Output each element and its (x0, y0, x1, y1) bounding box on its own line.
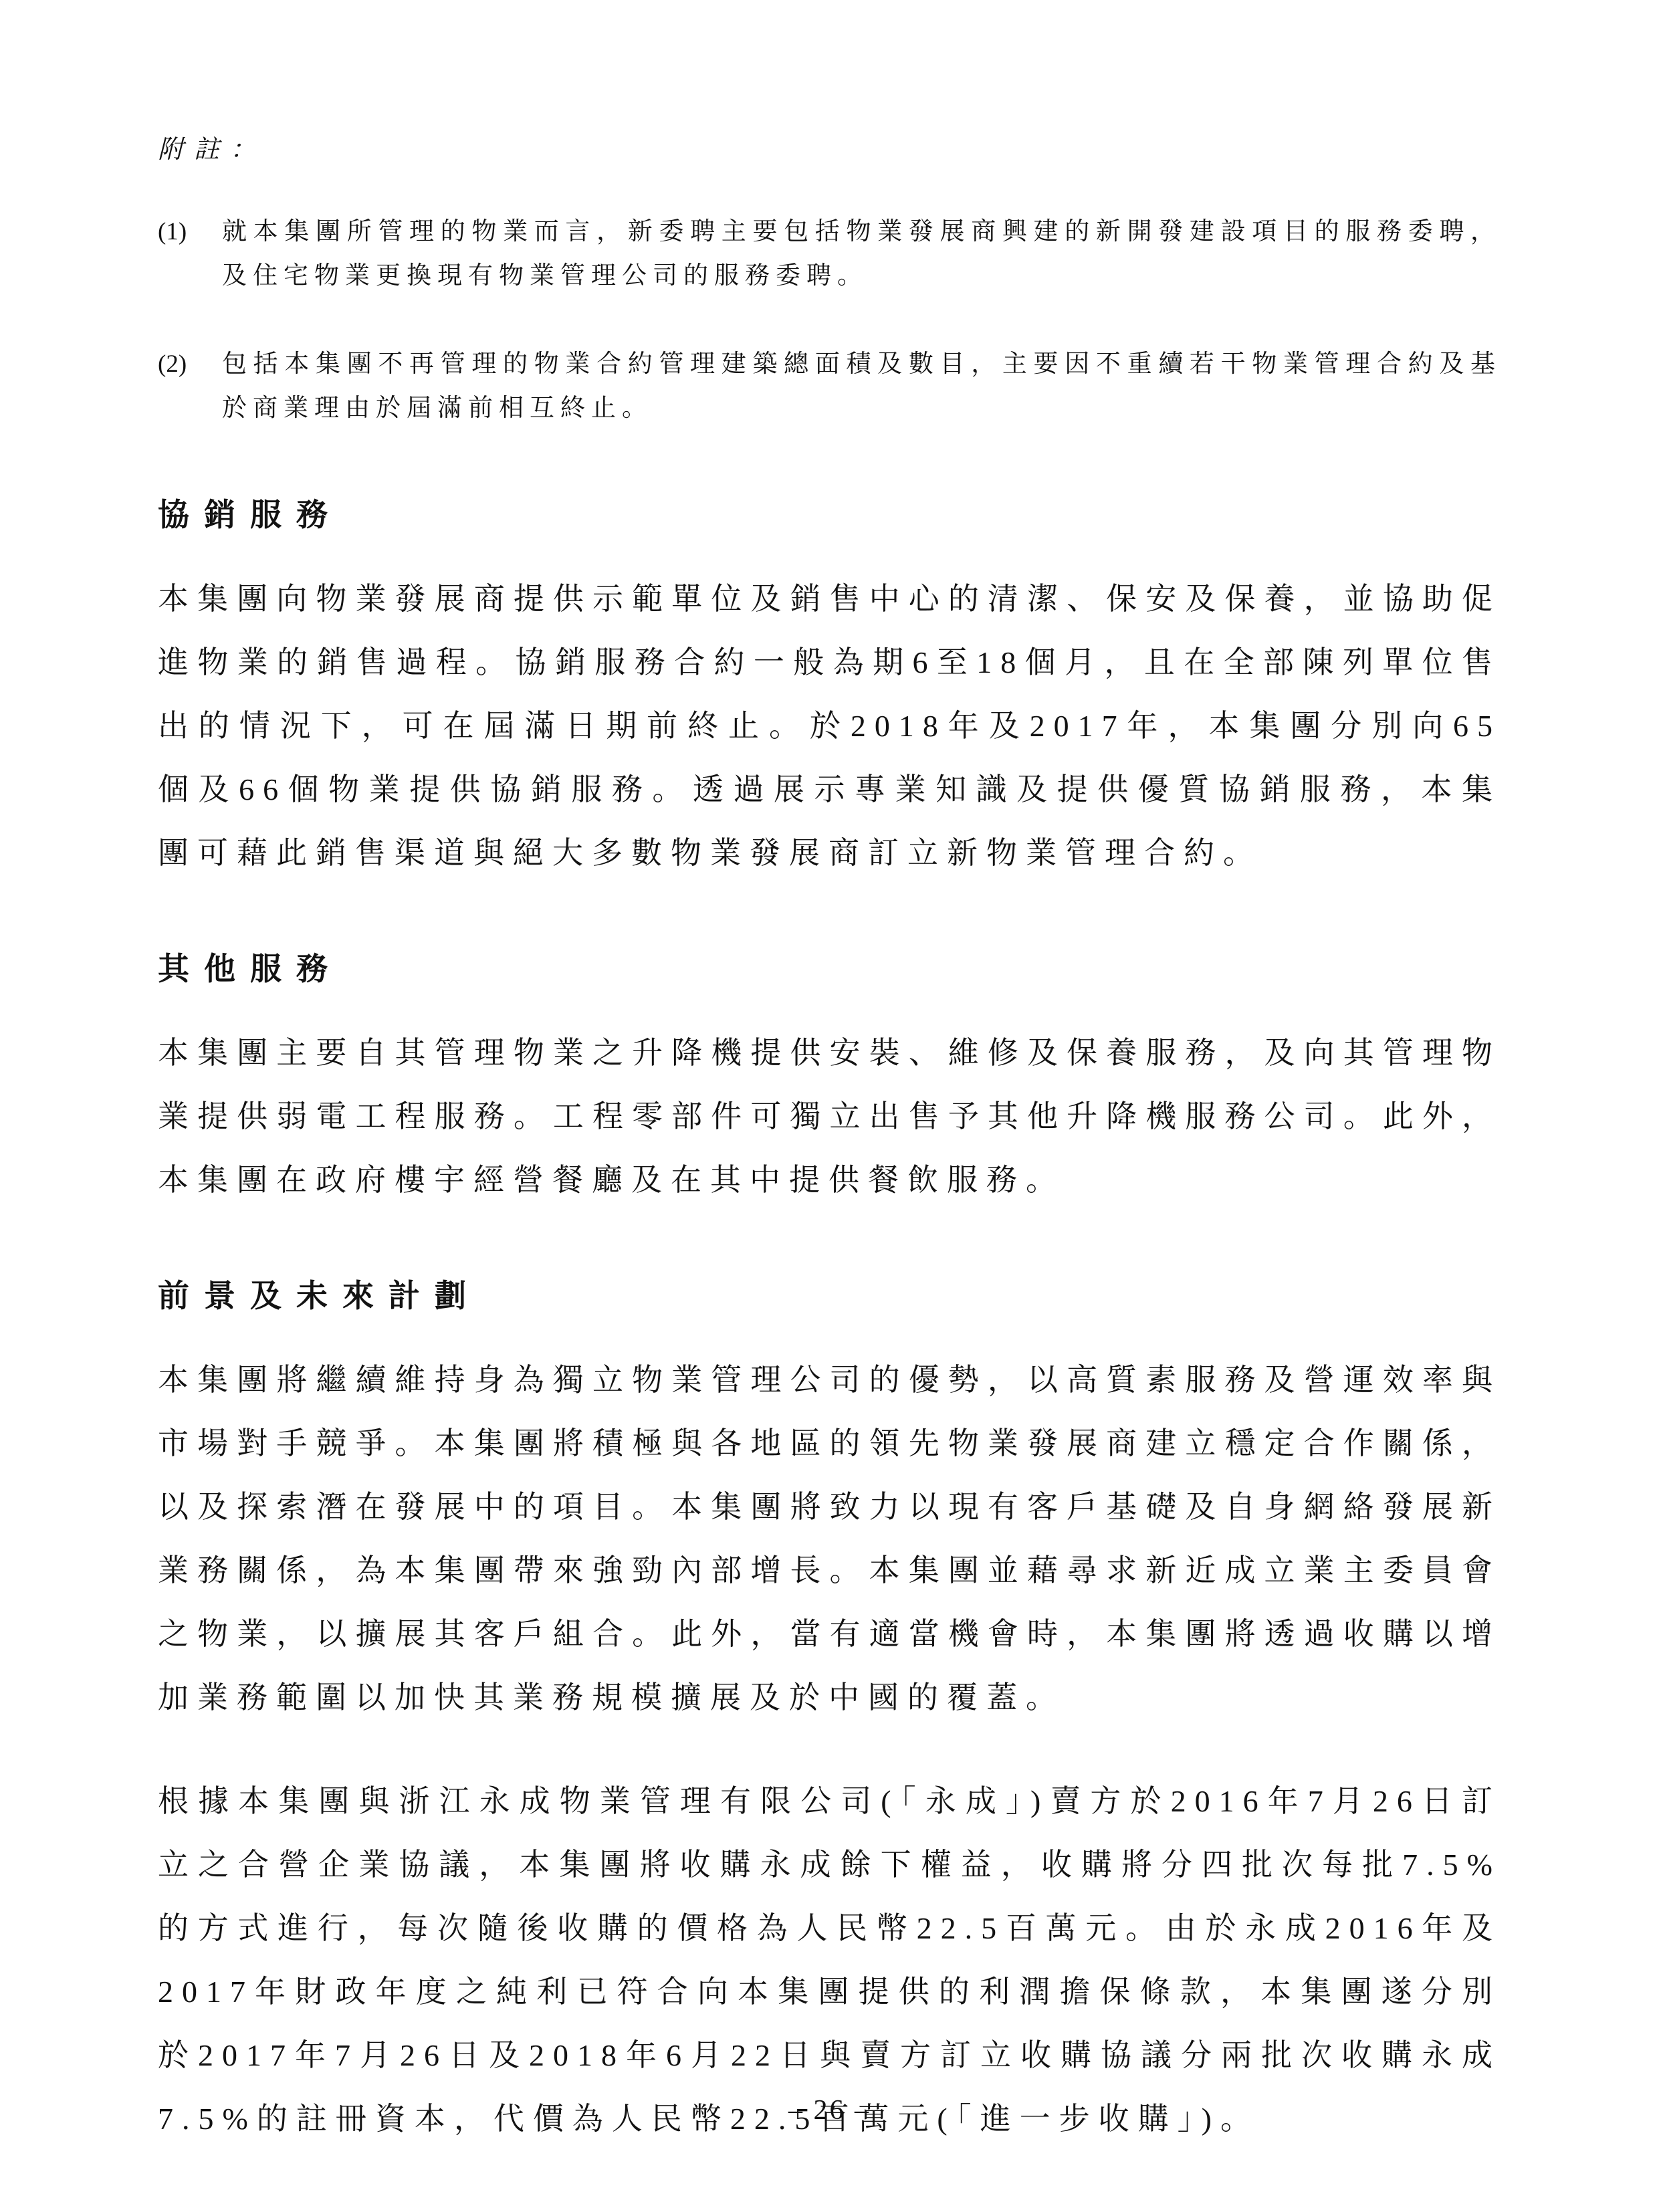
section-paragraph: 本集團主要自其管理物業之升降機提供安裝、維修及保養服務，及向其管理物業提供弱電工… (158, 1021, 1501, 1212)
note-item-2: (2) 包括本集團不再管理的物業合約管理建築總面積及數目，主要因不重續若干物業管… (158, 342, 1501, 431)
note-item-1: (1) 就本集團所管理的物業而言，新委聘主要包括物業發展商興建的新開發建設項目的… (158, 210, 1501, 298)
note-text: 包括本集團不再管理的物業合約管理建築總面積及數目，主要因不重續若干物業管理合約及… (222, 342, 1501, 431)
note-text: 就本集團所管理的物業而言，新委聘主要包括物業發展商興建的新開發建設項目的服務委聘… (222, 210, 1501, 298)
note-number: (1) (158, 210, 222, 298)
section-heading-sales-assistance-services: 協銷服務 (158, 496, 1501, 535)
section-paragraph: 根據本集團與浙江永成物業管理有限公司(「永成」)賣方於2016年7月26日訂立之… (158, 1769, 1501, 2150)
page-number: – 26 – (0, 2094, 1659, 2126)
section-paragraph: 本集團向物業發展商提供示範單位及銷售中心的清潔、保安及保養，並協助促進物業的銷售… (158, 567, 1501, 885)
note-number: (2) (158, 342, 222, 431)
notes-label: 附註： (158, 134, 1501, 166)
section-heading-other-services: 其他服務 (158, 950, 1501, 989)
section-paragraph: 本集團將繼續維持身為獨立物業管理公司的優勢，以高質素服務及營運效率與市場對手競爭… (158, 1348, 1501, 1729)
section-heading-prospects-future-plans: 前景及未來計劃 (158, 1277, 1501, 1316)
document-page: 附註： (1) 就本集團所管理的物業而言，新委聘主要包括物業發展商興建的新開發建… (0, 0, 1659, 2212)
